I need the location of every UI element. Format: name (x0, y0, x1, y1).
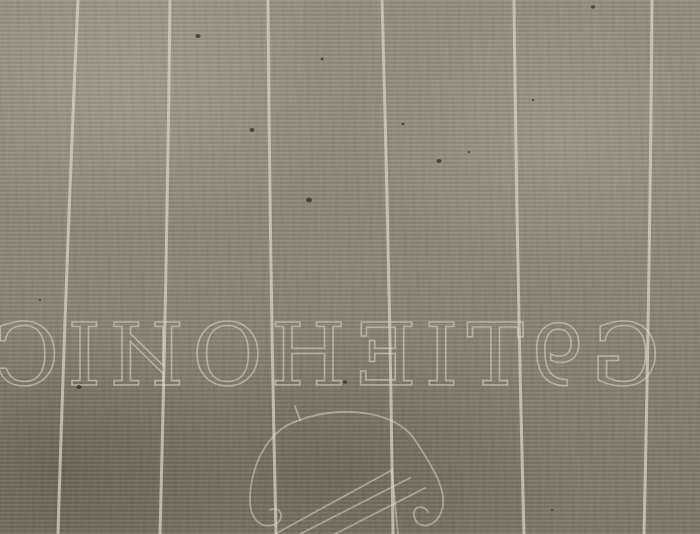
paper-speck (39, 299, 41, 301)
chain-line (58, 0, 78, 534)
watermark-overlay: GꝮTIEHOИIC (0, 0, 700, 534)
watermark-emblem (250, 406, 443, 534)
paper-speck (468, 151, 470, 153)
paper-speck (551, 509, 553, 511)
watermark-text: GꝮTIEHOИIC (0, 306, 660, 406)
paper-speck (402, 123, 405, 125)
paper-speck (250, 128, 255, 132)
chain-line (382, 0, 393, 534)
chain-line (514, 0, 524, 534)
paper-speck (437, 159, 442, 163)
laid-paper-photo: GꝮTIEHOИIC (0, 0, 700, 534)
paper-speck (196, 34, 201, 38)
watermark-lettering: GꝮTIEHOИIC (0, 306, 660, 406)
paper-speck (343, 380, 347, 383)
paper-specks (39, 5, 595, 511)
paper-speck (77, 385, 82, 389)
paper-speck (532, 99, 534, 101)
chain-line (160, 0, 170, 534)
paper-speck (321, 58, 324, 60)
chain-line (268, 0, 276, 534)
chain-lines (58, 0, 652, 534)
paper-speck (591, 5, 595, 8)
paper-speck (306, 198, 312, 203)
chain-line (644, 0, 652, 534)
